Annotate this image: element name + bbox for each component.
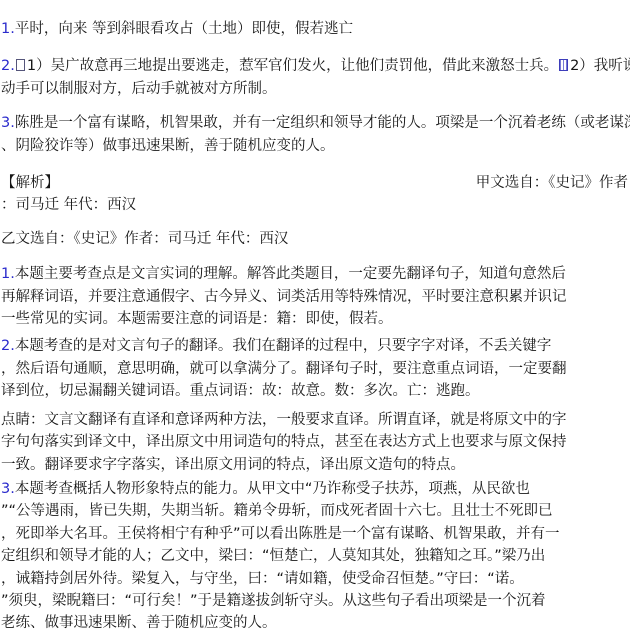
analysis-point-3: 3.本题考查概括人物形象特点的能力。从甲文中“乃诈称受子扶苏，项燕，从民欲也 ”… bbox=[1, 478, 628, 635]
answer-2-number: 2. bbox=[1, 58, 15, 74]
analysis-header-block: 【解析】甲文选自：《史记》作者 ：司马迁 年代：西汉 bbox=[1, 172, 628, 217]
document-page: 1.平时，向来 等到斜眼看攻占（土地）即使，假若逃亡 2.1）吴广故意再三地提出… bbox=[0, 0, 630, 644]
missing-glyph-box-marked-icon bbox=[559, 59, 568, 71]
analysis-point-2-text: 本题考查的是对文言句子的翻译。我们在翻译的过程中，只要字字对译，不丢关键字 ，然… bbox=[1, 338, 567, 399]
answer-1-text: 平时，向来 等到斜眼看攻占（土地）即使，假若逃亡 bbox=[15, 21, 353, 37]
answer-2-part1: 1）吴广故意再三地提出要逃走，惹军官们发火，让他们责罚他，借此来激怒士兵。 bbox=[27, 58, 558, 74]
answer-3-number: 3. bbox=[1, 115, 15, 131]
analysis-label: 【解析】 bbox=[1, 172, 59, 194]
analysis-tips-text: 点睛：文言文翻译有直译和意译两种方法，一般要求直译。所谓直译，就是将原文中的字 … bbox=[1, 412, 567, 473]
analysis-point-3-number: 3. bbox=[1, 481, 15, 497]
answer-1-number: 1. bbox=[1, 21, 15, 37]
analysis-point-2: 2.本题考查的是对文言句子的翻译。我们在翻译的过程中，只要字字对译，不丢关键字 … bbox=[1, 335, 628, 402]
answer-2: 2.1）吴广故意再三地提出要逃走，惹军官们发火，让他们责罚他，借此来激怒士兵。2… bbox=[1, 55, 628, 100]
analysis-point-1-text: 本题主要考查点是文言实词的理解。解答此类题目，一定要先翻译句子，知道句意然后 再… bbox=[1, 266, 567, 327]
source-b-text: 乙文选自：《史记》作者：司马迁 年代：西汉 bbox=[1, 231, 288, 247]
source-b: 乙文选自：《史记》作者：司马迁 年代：西汉 bbox=[1, 228, 628, 250]
analysis-point-1-number: 1. bbox=[1, 266, 15, 282]
source-a-text: 甲文选自：《史记》作者 bbox=[476, 172, 628, 194]
analysis-point-1: 1.本题主要考查点是文言实词的理解。解答此类题目，一定要先翻译句子，知道句意然后… bbox=[1, 263, 628, 330]
analysis-tips: 点睛：文言文翻译有直译和意译两种方法，一般要求直译。所谓直译，就是将原文中的字 … bbox=[1, 409, 628, 476]
missing-glyph-box-icon bbox=[16, 59, 25, 71]
answer-1: 1.平时，向来 等到斜眼看攻占（土地）即使，假若逃亡 bbox=[1, 18, 628, 40]
analysis-point-3-text: 本题考查概括人物形象特点的能力。从甲文中“乃诈称受子扶苏，项燕，从民欲也 ”“公… bbox=[1, 481, 560, 631]
analysis-point-2-number: 2. bbox=[1, 338, 15, 354]
answer-3: 3.陈胜是一个富有谋略，机智果敢，并有一定组织和领导才能的人。项梁是一个沉着老练… bbox=[1, 112, 628, 157]
source-a-continuation: ：司马迁 年代：西汉 bbox=[1, 194, 628, 216]
analysis-header-row: 【解析】甲文选自：《史记》作者 bbox=[1, 172, 628, 194]
answer-3-text: 陈胜是一个富有谋略，机智果敢，并有一定组织和领导才能的人。项梁是一个沉着老练（或… bbox=[1, 115, 630, 153]
